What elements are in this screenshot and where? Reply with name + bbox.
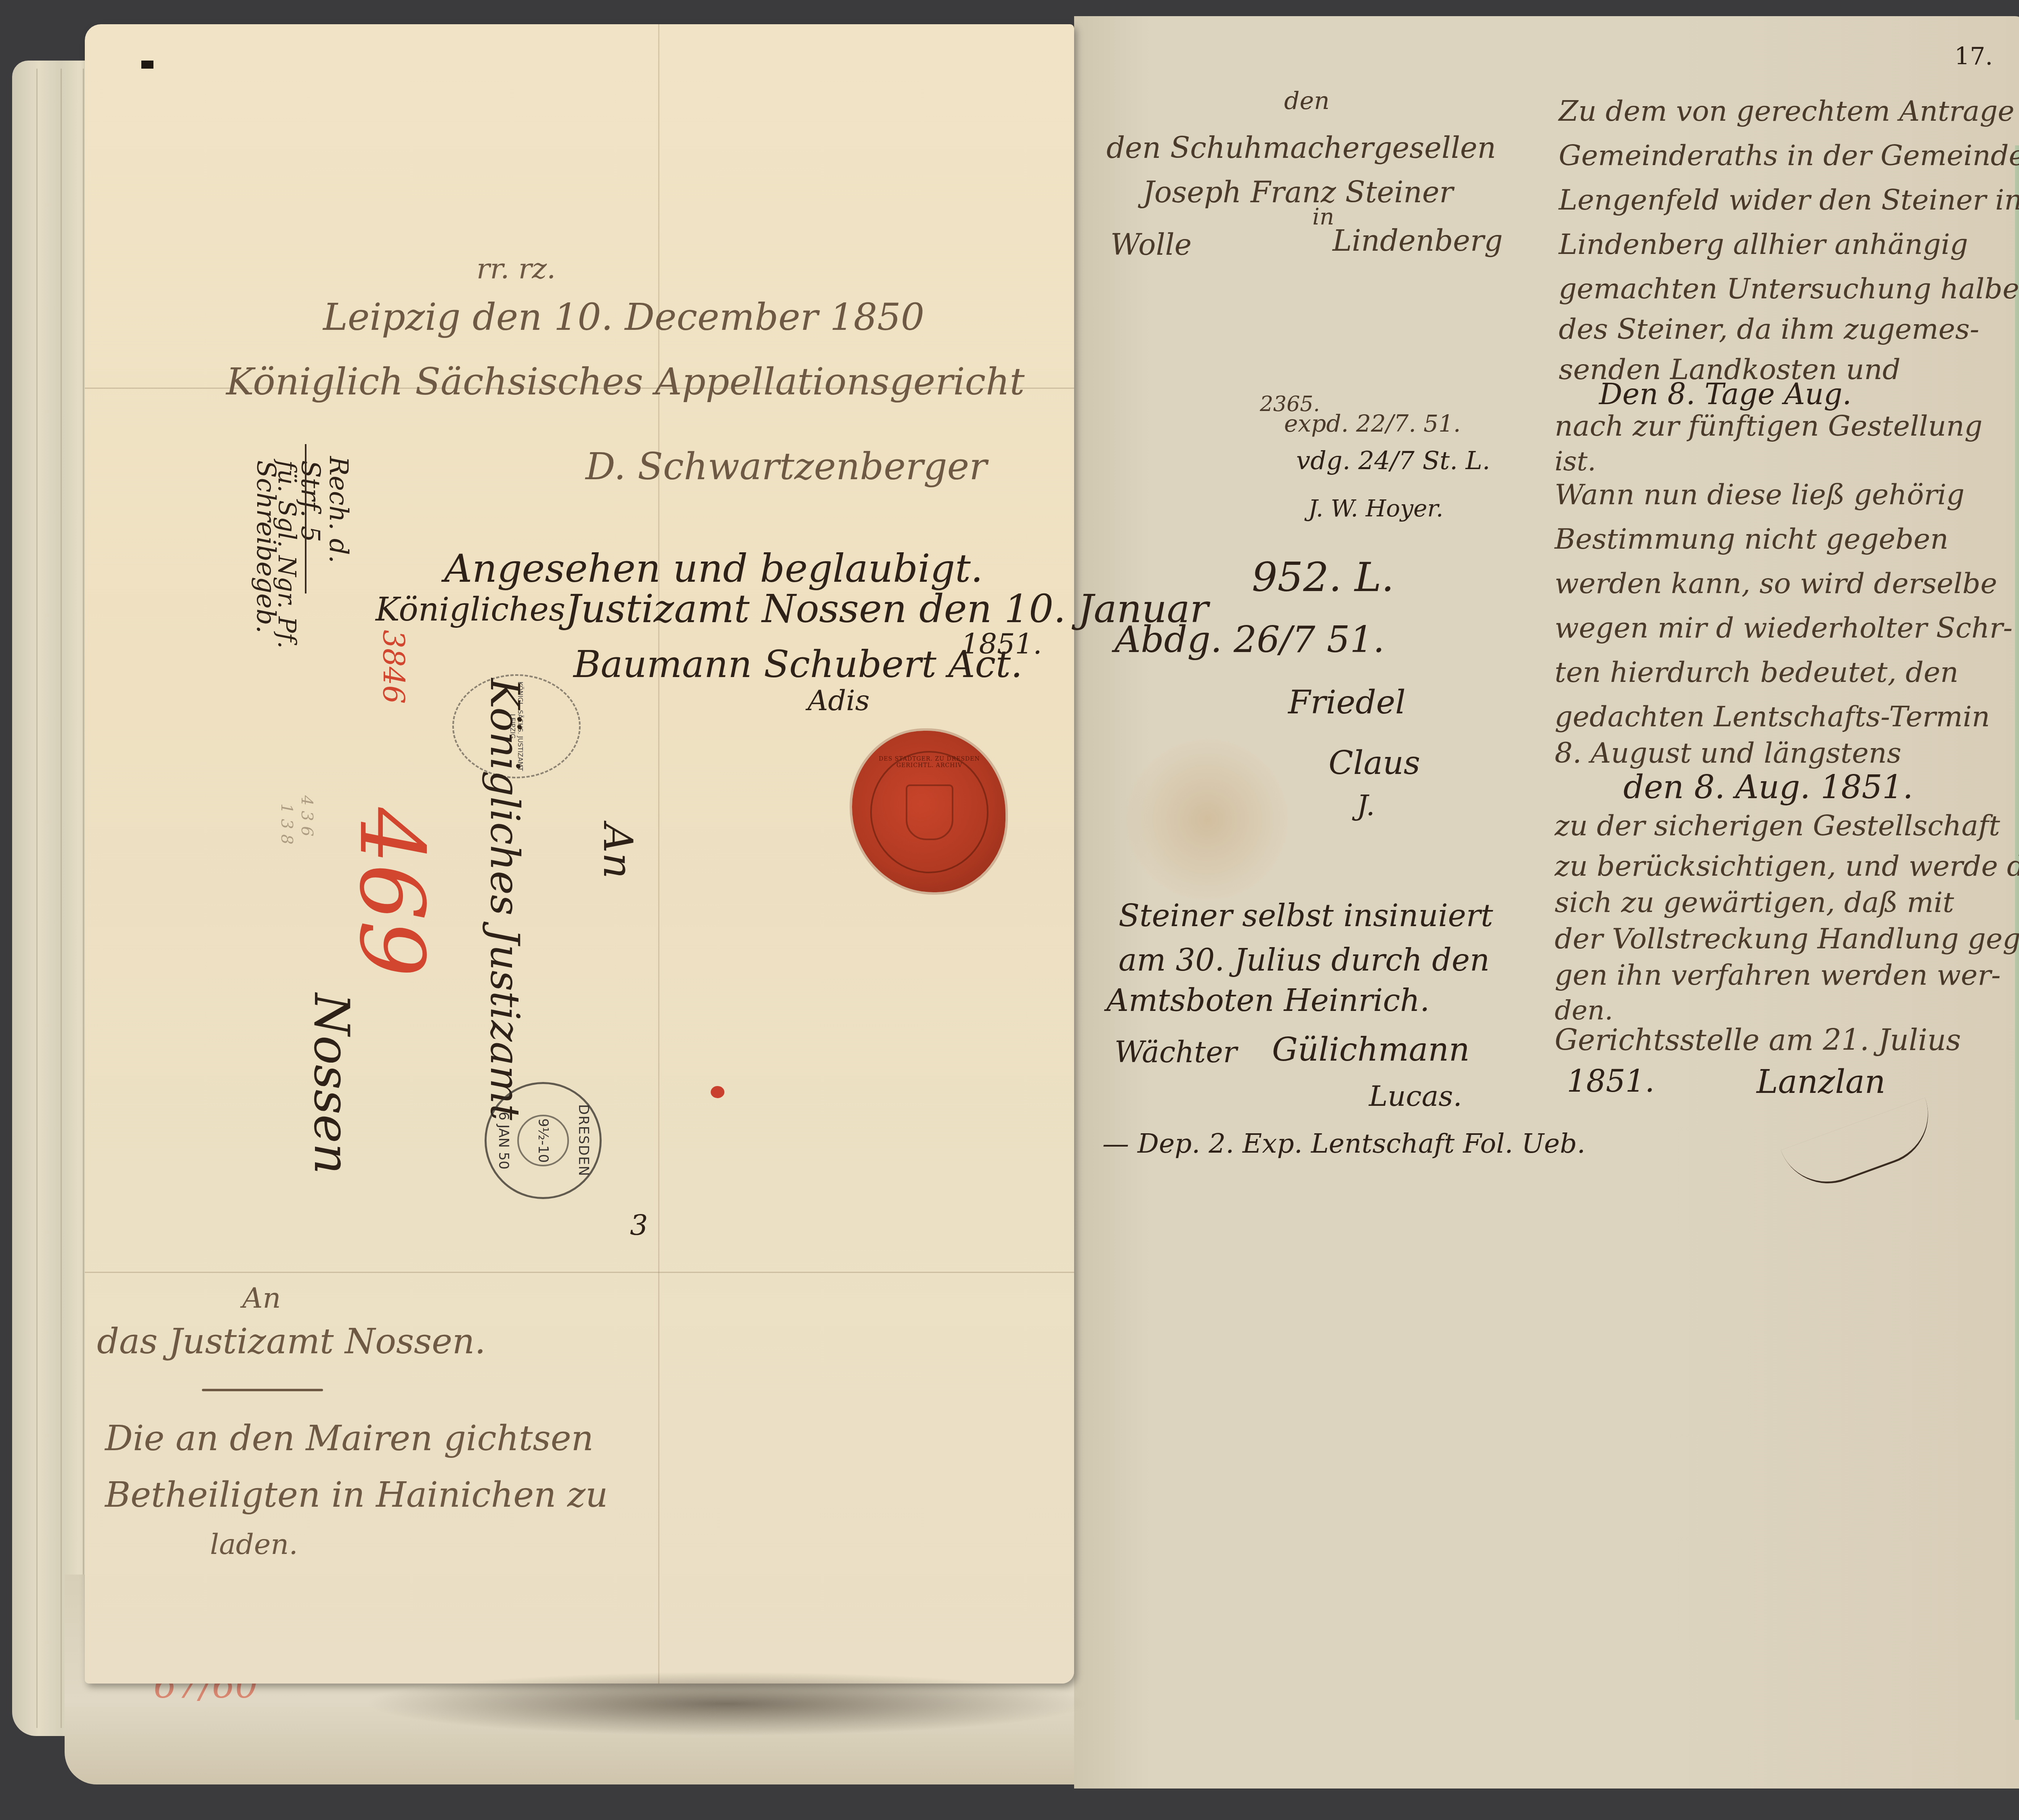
rp-note-line2: am 30. Julius durch den (1119, 945, 1490, 975)
rp-expd-sig2: Claus (1329, 747, 1420, 779)
lower-address-line1: das Justizamt Nossen. (97, 1324, 486, 1359)
postmark-year: 50 (495, 1152, 512, 1169)
rp-ref-line2: vdg. 24/7 St. L. (1296, 448, 1490, 473)
rp-witness-right: Gülichmann (1272, 1034, 1470, 1066)
water-stain (1123, 735, 1292, 904)
rc2-line-5: werden kann, so wird derselbe (1555, 569, 1997, 598)
lower-address-line3: Betheiligten in Hainichen zu (105, 1478, 608, 1512)
rc3-line-3: sich zu gewärtigen, daß mit (1555, 888, 1954, 916)
pencil-number-2: 1 3 8 (279, 803, 295, 845)
rp-note-line1: Steiner selbst insinuiert (1119, 900, 1493, 931)
signatory: D. Schwartzenberger (586, 448, 987, 485)
rp-top-word: den (1284, 89, 1330, 113)
coat-of-arms-icon (906, 784, 953, 840)
rc-signature: Lanzlan (1757, 1066, 1885, 1098)
postmark-day: 6 (495, 1111, 512, 1120)
postmark-city: DRESDEN (575, 1104, 592, 1177)
rc2-line-3: Wann nun diese ließ gehörig (1555, 480, 1964, 509)
rc-line-6: des Steiner, da ihm zugemes- (1559, 315, 1979, 343)
rc-summons-line: Den 8. Tage Aug. (1599, 380, 1851, 409)
pencil-number-1: 4 3 6 (299, 795, 315, 837)
rp-witness-left: Wächter (1114, 1038, 1237, 1067)
folio-number: 17. (1954, 44, 1993, 69)
lower-address-line4: laden. (210, 1530, 298, 1558)
postmark-time: 9½-10 (535, 1118, 551, 1163)
fold-line (658, 24, 659, 1684)
rp-line2: Joseph Franz Steiner (1143, 178, 1453, 207)
red-number-small: 3846 (379, 630, 408, 704)
rc-line-4: Lindenberg allhier anhängig (1559, 230, 1968, 258)
rc2-line-6: wegen mir d wiederholter Schr- (1555, 614, 2013, 642)
rc2-line-2: ist. (1555, 448, 1596, 475)
margin-note-2: Strf. 5 (297, 460, 323, 542)
rc3-line-6: den. (1555, 997, 1613, 1024)
rc2-line-7: ten hierdurch bedeutet, den (1555, 658, 1958, 686)
certification-signature: Baumann Schubert Act. (573, 646, 1022, 683)
header-marks: rr. rz. (476, 254, 556, 283)
lower-address-an: An (242, 1284, 281, 1312)
certification-prefix: Königliches (376, 593, 565, 626)
rc3-line-2: zu berücksichtigen, und werde der (1555, 852, 2019, 880)
rc-closing-year: 1851. (1567, 1066, 1655, 1097)
margin-note-4: Schreibegeb. (253, 460, 279, 633)
postmark-month: JAN (495, 1124, 512, 1148)
rp-ref-line1: expd. 22/7. 51. (1284, 412, 1461, 435)
rc2-line-1: nach zur fünftigen Gestellung (1555, 412, 1983, 440)
rp-line4-left: Wolle (1110, 230, 1192, 259)
rc-line-5: gemachten Untersuchung halber (1559, 275, 2019, 303)
rc-line-3: Lengenfeld wider den Steiner in (1559, 186, 2019, 214)
rc2-line-8: gedachten Lentschafts-Termin (1555, 702, 1990, 731)
fold-line (85, 1272, 1074, 1273)
postmark-date: 6 JAN 50 (495, 1111, 512, 1169)
place-date: Leipzig den 10. December 1850 (323, 299, 924, 336)
loose-mark: 3 (630, 1211, 648, 1239)
rc-date-line: den 8. Aug. 1851. (1623, 771, 1913, 803)
rc-line-2: Gemeinderaths in der Gemeinde (1559, 141, 2019, 170)
certification-line2: Justizamt Nossen den 10. Januar (565, 589, 1209, 628)
rc3-line-5: gen ihn verfahren werden wer- (1555, 961, 2001, 989)
rp-expd-sig3: J. (1357, 791, 1375, 820)
rp-bottom-line: — Dep. 2. Exp. Lentschaft Fol. Ueb. (1102, 1130, 1585, 1157)
seal-ring: DES STADTGER. ZU DRESDEN GERICHTL. ARCHI… (870, 751, 989, 873)
address-place: Nossen (307, 993, 355, 1174)
certification-line1: Angesehen und beglaubigt. (444, 549, 983, 588)
rp-case-number: 952. L. (1252, 557, 1394, 598)
page-shadow (363, 1671, 1090, 1736)
ink-blot (141, 61, 153, 69)
rc2-line-9: 8. August und längstens (1555, 739, 1901, 767)
certification-addendum: Adis (808, 686, 870, 715)
decorative-flourish (202, 1389, 323, 1391)
rp-note-line3: Amtsboten Heinrich. (1106, 985, 1429, 1016)
red-ink-dot (711, 1086, 724, 1098)
rc-closing-line: Gerichtsstelle am 21. Julius (1555, 1025, 1961, 1055)
dresden-postmark: DRESDEN 9½-10 6 JAN 50 (485, 1082, 602, 1199)
address-an: An (598, 824, 638, 879)
red-number-large: 469 (347, 807, 436, 977)
rc3-line-4: der Vollstreckung Handlung gegen (1555, 925, 2019, 953)
rc3-line-1: zu der sicherigen Gestellschaft (1555, 811, 2000, 840)
rp-expd-line: Abdg. 26/7 51. (1114, 622, 1385, 658)
address-recipient: Königliches Justizamt (485, 678, 525, 1120)
rp-witness-third: Lucas. (1369, 1082, 1462, 1110)
rp-ref-line3: J. W. Hoyer. (1308, 497, 1443, 520)
lower-address-line2: Die an den Mairen gichtsen (105, 1421, 594, 1456)
seal-inscription: DES STADTGER. ZU DRESDEN GERICHTL. ARCHI… (872, 756, 987, 769)
rp-expd-sig1: Friedel (1288, 686, 1406, 719)
authority-name: Königlich Sächsisches Appellationsgerich… (226, 363, 1024, 400)
rc-line-1: Zu dem von gerechtem Antrage des (1559, 97, 2019, 125)
margin-note-1: Rech. d. (325, 456, 351, 563)
margin-rule (305, 444, 306, 593)
postmark-inner-ring: 9½-10 (517, 1115, 569, 1166)
rp-line1: den Schuhmachergesellen (1106, 133, 1496, 162)
rc2-line-4: Bestimmung nicht gegeben (1555, 525, 1948, 553)
rp-line4-right: Lindenberg (1333, 226, 1503, 255)
rp-line3: in (1312, 206, 1334, 229)
